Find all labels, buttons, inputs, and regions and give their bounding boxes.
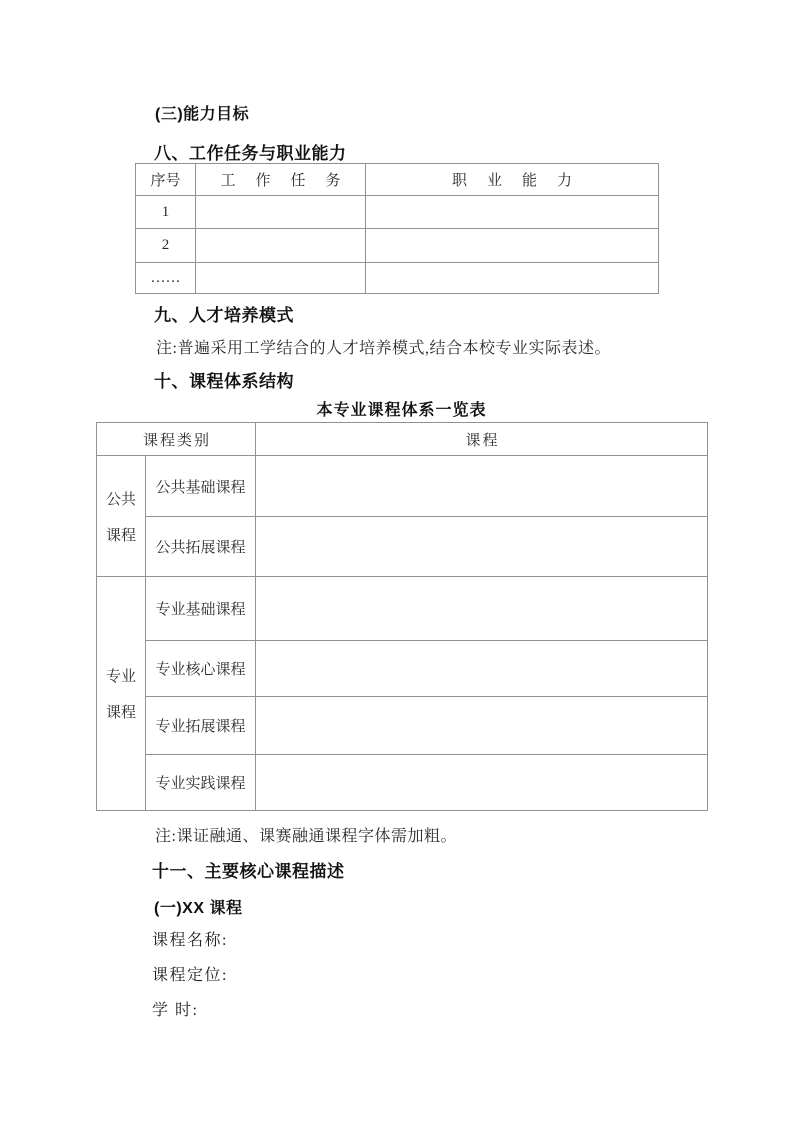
category-line: 公共 [106, 488, 136, 509]
work-task-table: 序号 工作任务 职业能力 1 2 …… [135, 163, 659, 294]
category-label: 公共 课程 [97, 488, 145, 545]
course-cell-empty [256, 517, 708, 577]
column-header-index: 序号 [136, 164, 196, 196]
category-line: 课程 [106, 701, 136, 722]
column-header-course: 课程 [256, 423, 708, 456]
ability-cell-empty [366, 229, 659, 263]
course-cell-empty [256, 456, 708, 517]
subcategory-cell: 专业基础课程 [146, 577, 256, 641]
note-talent-model: 注:普遍采用工学结合的人才培养模式,结合本校专业实际表述。 [156, 335, 611, 358]
table-row: 公共 课程 公共基础课程 [97, 456, 708, 517]
course-cell-empty [256, 641, 708, 697]
subcategory-cell: 专业实践课程 [146, 755, 256, 811]
work-task-cell-empty [196, 196, 366, 229]
heading-core-courses: 十一、主要核心课程描述 [152, 857, 345, 882]
table-row: 专业 课程 专业基础课程 [97, 577, 708, 641]
note-course-table: 注:课证融通、课赛融通课程字体需加粗。 [155, 823, 457, 846]
course-hours-label: 学 时: [152, 997, 198, 1020]
category-line: 课程 [106, 524, 136, 545]
table-row: 专业实践课程 [97, 755, 708, 811]
table-row: 公共拓展课程 [97, 517, 708, 577]
subcategory-cell: 专业核心课程 [146, 641, 256, 697]
course-system-table: 课程类别 课程 公共 课程 公共基础课程 公共拓展课程 专业 课程 专业基础课程… [96, 422, 708, 811]
heading-xx-course: (一)XX 课程 [154, 895, 242, 918]
work-task-table-header-row: 序号 工作任务 职业能力 [136, 164, 659, 196]
heading-work-tasks: 八、工作任务与职业能力 [154, 139, 347, 164]
work-task-cell-empty [196, 229, 366, 263]
course-table-header-row: 课程类别 课程 [97, 423, 708, 456]
heading-talent-model: 九、人才培养模式 [154, 301, 294, 326]
column-header-category: 课程类别 [97, 423, 256, 456]
subcategory-cell: 公共基础课程 [146, 456, 256, 517]
course-table-title: 本专业课程体系一览表 [96, 397, 707, 420]
course-cell-empty [256, 697, 708, 755]
table-row: 专业核心课程 [97, 641, 708, 697]
course-position-label: 课程定位: [152, 962, 228, 985]
table-row: 专业拓展课程 [97, 697, 708, 755]
work-task-cell-empty [196, 263, 366, 294]
ability-cell-empty [366, 196, 659, 229]
category-cell-major: 专业 课程 [97, 577, 146, 811]
row-index: 1 [136, 196, 196, 229]
column-header-ability: 职业能力 [366, 164, 659, 196]
course-name-label: 课程名称: [152, 927, 228, 950]
row-index-ellipsis: …… [136, 263, 196, 294]
subcategory-cell: 公共拓展课程 [146, 517, 256, 577]
heading-course-structure: 十、课程体系结构 [154, 367, 294, 392]
course-cell-empty [256, 755, 708, 811]
column-header-work-task: 工作任务 [196, 164, 366, 196]
category-label: 专业 课程 [97, 665, 145, 722]
subcategory-cell: 专业拓展课程 [146, 697, 256, 755]
course-cell-empty [256, 577, 708, 641]
table-row: 2 [136, 229, 659, 263]
table-row: 1 [136, 196, 659, 229]
row-index: 2 [136, 229, 196, 263]
table-row: …… [136, 263, 659, 294]
heading-ability-goal: (三)能力目标 [155, 101, 249, 124]
ability-cell-empty [366, 263, 659, 294]
category-cell-public: 公共 课程 [97, 456, 146, 577]
category-line: 专业 [106, 665, 136, 686]
